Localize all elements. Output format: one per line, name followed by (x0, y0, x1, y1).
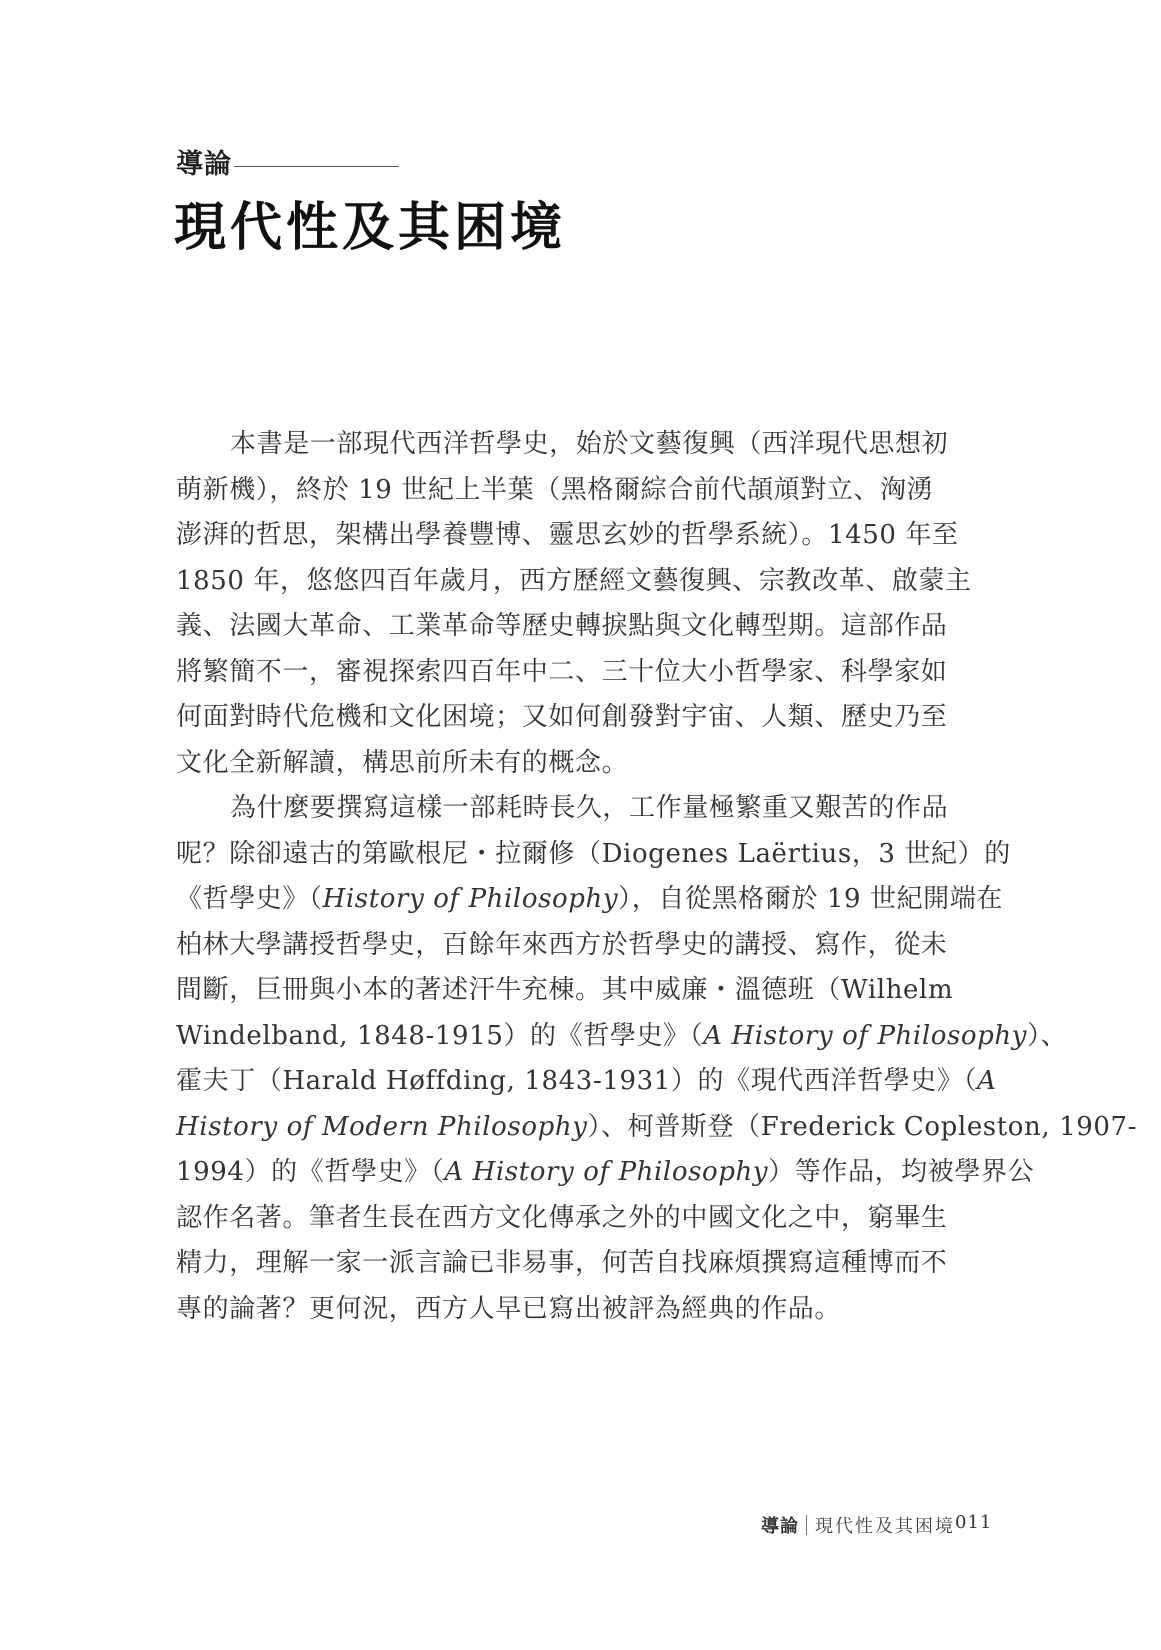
chapter-label-rule (234, 166, 399, 167)
text-segment: 1994）的《哲學史》（ (176, 1157, 444, 1187)
text-segment: ），自從黑格爾於 19 世紀開端在 (618, 884, 1003, 914)
paragraph-line: 1850 年，悠悠四百年歲月，西方歷經文藝復興、宗教改革、啟蒙主 (176, 559, 988, 605)
chapter-title: 現代性及其困境 (174, 196, 566, 260)
page-number: 011 (955, 1512, 992, 1533)
book-page: 導論 現代性及其困境 本書是一部現代西洋哲學史，始於文藝復興（西洋現代思想初萌新… (0, 0, 1161, 1650)
text-segment: 義、法國大革命、工業革命等歷史轉捩點與文化轉型期。這部作品 (176, 611, 947, 641)
paragraph-line: 呢？除卻遠古的第歐根尼・拉爾修（Diogenes Laërtius，3 世紀）的 (176, 832, 988, 878)
paragraph-line: 將繁簡不一，審視探索四百年中二、三十位大小哲學家、科學家如 (176, 650, 988, 696)
paragraph-line: History of Modern Philosophy）、柯普斯登（Frede… (176, 1105, 988, 1151)
paragraph-line: 澎湃的哲思，架構出學養豐博、靈思玄妙的哲學系統）。1450 年至 (176, 513, 988, 559)
text-segment: 《哲學史》（ (176, 884, 323, 914)
text-segment: 霍夫丁（Harald Høffding, 1843-1931）的《現代西洋哲學史… (176, 1066, 977, 1096)
chapter-label: 導論 (176, 150, 232, 180)
paragraph-line: 間斷，巨冊與小本的著述汗牛充棟。其中威廉・溫德班（Wilhelm (176, 968, 988, 1014)
footer-chapter-title: 現代性及其困境 (815, 1512, 955, 1538)
text-segment: 本書是一部現代西洋哲學史，始於文藝復興（西洋現代思想初 (230, 429, 948, 459)
text-segment: 呢？除卻遠古的第歐根尼・拉爾修（Diogenes Laërtius，3 世紀）的 (176, 839, 1011, 869)
paragraph-line: 萌新機），終於 19 世紀上半葉（黑格爾綜合前代頡頏對立、洶湧 (176, 468, 988, 514)
paragraph-line: 精力，理解一家一派言論已非易事，何苦自找麻煩撰寫這種博而不 (176, 1241, 988, 1287)
paragraph-line: Windelband, 1848-1915）的《哲學史》（A History o… (176, 1014, 988, 1060)
paragraph-line: 《哲學史》（History of Philosophy），自從黑格爾於 19 世… (176, 877, 988, 923)
text-segment: 精力，理解一家一派言論已非易事，何苦自找麻煩撰寫這種博而不 (176, 1248, 947, 1278)
text-segment: ）等作品，均被學界公 (768, 1157, 1034, 1187)
paragraph-first-line: 本書是一部現代西洋哲學史，始於文藝復興（西洋現代思想初 (176, 422, 988, 468)
paragraph-line: 1994）的《哲學史》（A History of Philosophy）等作品，… (176, 1150, 988, 1196)
body-text: 本書是一部現代西洋哲學史，始於文藝復興（西洋現代思想初萌新機），終於 19 世紀… (176, 422, 988, 1332)
paragraph-line: 認作名著。筆者生長在西方文化傳承之外的中國文化之中，窮畢生 (176, 1196, 988, 1242)
book-title-italic: A History of Philosophy (444, 1157, 768, 1187)
text-segment: ）、柯普斯登（Frederick Copleston, 1907- (588, 1112, 1138, 1142)
book-title-italic: A (977, 1066, 996, 1096)
paragraph-line: 柏林大學講授哲學史，百餘年來西方於哲學史的講授、寫作，從未 (176, 923, 988, 969)
text-segment: 何面對時代危機和文化困境；又如何創發對宇宙、人類、歷史乃至 (176, 702, 947, 732)
text-segment: 文化全新解讀，構思前所未有的概念。 (176, 748, 628, 778)
text-segment: 柏林大學講授哲學史，百餘年來西方於哲學史的講授、寫作，從未 (176, 930, 947, 960)
paragraph-line: 專的論著？更何況，西方人早已寫出被評為經典的作品。 (176, 1287, 988, 1333)
paragraph-line: 何面對時代危機和文化困境；又如何創發對宇宙、人類、歷史乃至 (176, 695, 988, 741)
text-segment: 萌新機），終於 19 世紀上半葉（黑格爾綜合前代頡頏對立、洶湧 (176, 475, 933, 505)
book-title-italic: History of Philosophy (323, 884, 619, 914)
paragraph-line: 義、法國大革命、工業革命等歷史轉捩點與文化轉型期。這部作品 (176, 604, 988, 650)
footer-separator (806, 1515, 807, 1535)
text-segment: ）、 (1027, 1021, 1067, 1051)
text-segment: 將繁簡不一，審視探索四百年中二、三十位大小哲學家、科學家如 (176, 657, 947, 687)
paragraph-line: 霍夫丁（Harald Høffding, 1843-1931）的《現代西洋哲學史… (176, 1059, 988, 1105)
text-segment: 專的論著？更何況，西方人早已寫出被評為經典的作品。 (176, 1294, 841, 1324)
text-segment: Windelband, 1848-1915）的《哲學史》（ (176, 1021, 703, 1051)
paragraph-line: 文化全新解讀，構思前所未有的概念。 (176, 741, 988, 787)
text-segment: 間斷，巨冊與小本的著述汗牛充棟。其中威廉・溫德班（Wilhelm (176, 975, 953, 1005)
text-segment: 為什麼要撰寫這樣一部耗時長久，工作量極繁重又艱苦的作品 (230, 793, 948, 823)
running-footer: 導論 現代性及其困境 011 (0, 1512, 1161, 1542)
text-segment: 1850 年，悠悠四百年歲月，西方歷經文藝復興、宗教改革、啟蒙主 (176, 566, 972, 596)
paragraph-first-line: 為什麼要撰寫這樣一部耗時長久，工作量極繁重又艱苦的作品 (176, 786, 988, 832)
book-title-italic: History of Modern Philosophy (176, 1112, 588, 1142)
text-segment: 認作名著。筆者生長在西方文化傳承之外的中國文化之中，窮畢生 (176, 1203, 947, 1233)
footer-chapter-label: 導論 (761, 1512, 799, 1538)
chapter-label-row: 導論 (176, 150, 399, 180)
text-segment: 澎湃的哲思，架構出學養豐博、靈思玄妙的哲學系統）。1450 年至 (176, 520, 959, 550)
book-title-italic: A History of Philosophy (703, 1021, 1027, 1051)
